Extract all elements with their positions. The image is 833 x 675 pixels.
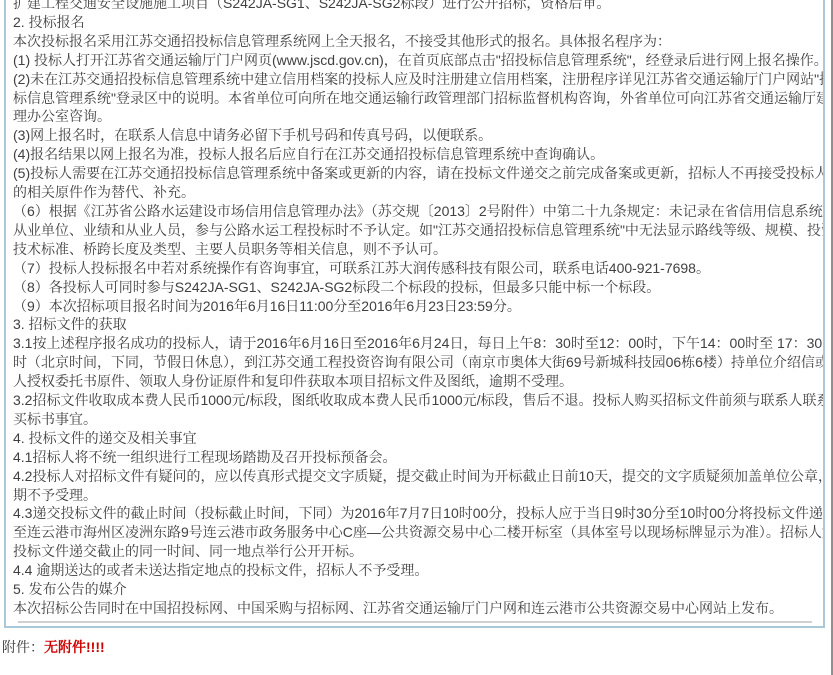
notice-line: （9）本次招标项目报名时间为2016年6月16日11:00分至2016年6月23… [13,297,817,316]
notice-line: 标信息管理系统"登录区中的说明。本省单位可向所在地交通运输行政管理部门招标监督机… [13,89,817,108]
notice-line: 3. 招标文件的获取 [13,315,817,334]
notice-line: 3.2招标文件收取成本费人民币1000元/标段，图纸收取成本费人民币1000元/… [13,391,817,410]
notice-line: （6）根据《江苏省公路水运建设市场信用信息管理办法》（苏交规〔2013〕2号附件… [13,202,817,221]
notice-line: 从业单位、业绩和从业人员，参与公路水运工程投标时不予认定。如"江苏交通招投标信息… [13,221,817,240]
notice-line: 4.1招标人将不统一组织进行工程现场踏勘及召开投标预备会。 [13,448,817,467]
notice-line: 4. 投标文件的递交及相关事宜 [13,429,817,448]
notice-line: 4.4 逾期送达的或者未送达指定地点的投标文件，招标人不予受理。 [13,561,817,580]
notice-line: （7）投标人投标报名中若对系统操作有咨询事宜，可联系江苏大润传感科技有限公司，联… [13,259,817,278]
notice-line: (3)网上报名时，在联系人信息中请务必留下手机号码和传真号码，以便联系。 [13,126,817,145]
attachment-row: 附件：无附件!!!! [2,638,105,657]
notice-line: (1) 投标人打开江苏省交通运输厅门户网页(www.jscd.gov.cn)，在… [13,51,817,70]
notice-line: 的相关原件作为替代、补充。 [13,183,817,202]
notice-line: （8）各投标人可同时参与S242JA-SG1、S242JA-SG2标段二个标段的… [13,278,817,297]
notice-line: 4.3递交投标文件的截止时间（投标截止时间，下同）为2016年7月7日10时00… [13,504,817,523]
notice-body: 扩建工程交通安全设施施工项目（S242JA-SG1、S242JA-SG2标段）进… [13,0,817,618]
notice-line: 技术标准、桥跨长度及类型、主要人员职务等相关信息，则不予认可。 [13,240,817,259]
notice-line: (2)未在江苏交通招投标信息管理系统中建立信用档案的投标人应及时注册建立信用档案… [13,70,817,89]
notice-line: 买标书事宜。 [13,410,817,429]
divider [18,621,812,623]
notice-line: 扩建工程交通安全设施施工项目（S242JA-SG1、S242JA-SG2标段）进… [13,0,817,13]
attachment-label: 附件： [2,639,44,655]
notice-line: 2. 投标报名 [13,13,817,32]
notice-line: 5. 发布公告的媒介 [13,580,817,599]
announcement-box: 扩建工程交通安全设施施工项目（S242JA-SG1、S242JA-SG2标段）进… [4,0,825,628]
notice-line: 3.1按上述程序报名成功的投标人，请于2016年6月16日至2016年6月24日… [13,334,817,353]
notice-line: 理办公室咨询。 [13,107,817,126]
notice-line: 投标文件递交截止的同一时间、同一地点举行公开开标。 [13,542,817,561]
notice-line: (4)报名结果以网上报名为准，投标人报名后应自行在江苏交通招投标信息管理系统中查… [13,145,817,164]
attachment-value: 无附件!!!! [44,639,105,655]
notice-line: 期不予受理。 [13,486,817,505]
notice-line: (5)投标人需要在江苏交通招投标信息管理系统中备案或更新的内容，请在投标文件递交… [13,164,817,183]
notice-line: 至连云港市海州区凌洲东路9号连云港市政务服务中心C座—公共资源交易中心二楼开标室… [13,523,817,542]
notice-line: 时（北京时间，下同，节假日休息），到江苏交通工程投资咨询有限公司（南京市奥体大街… [13,353,817,372]
notice-line: 本次投标报名采用江苏交通招投标信息管理系统网上全天报名，不接受其他形式的报名。具… [13,32,817,51]
notice-line: 人授权委托书原件、领取人身份证原件和复印件获取本项目招标文件及图纸，逾期不受理。 [13,372,817,391]
notice-line: 本次招标公告同时在中国招投标网、中国采购与招标网、江苏省交通运输厅门户网和连云港… [13,599,817,618]
notice-line: 4.2投标人对招标文件有疑问的，应以传真形式提交文字质疑，提交截止时间为开标截止… [13,467,817,486]
